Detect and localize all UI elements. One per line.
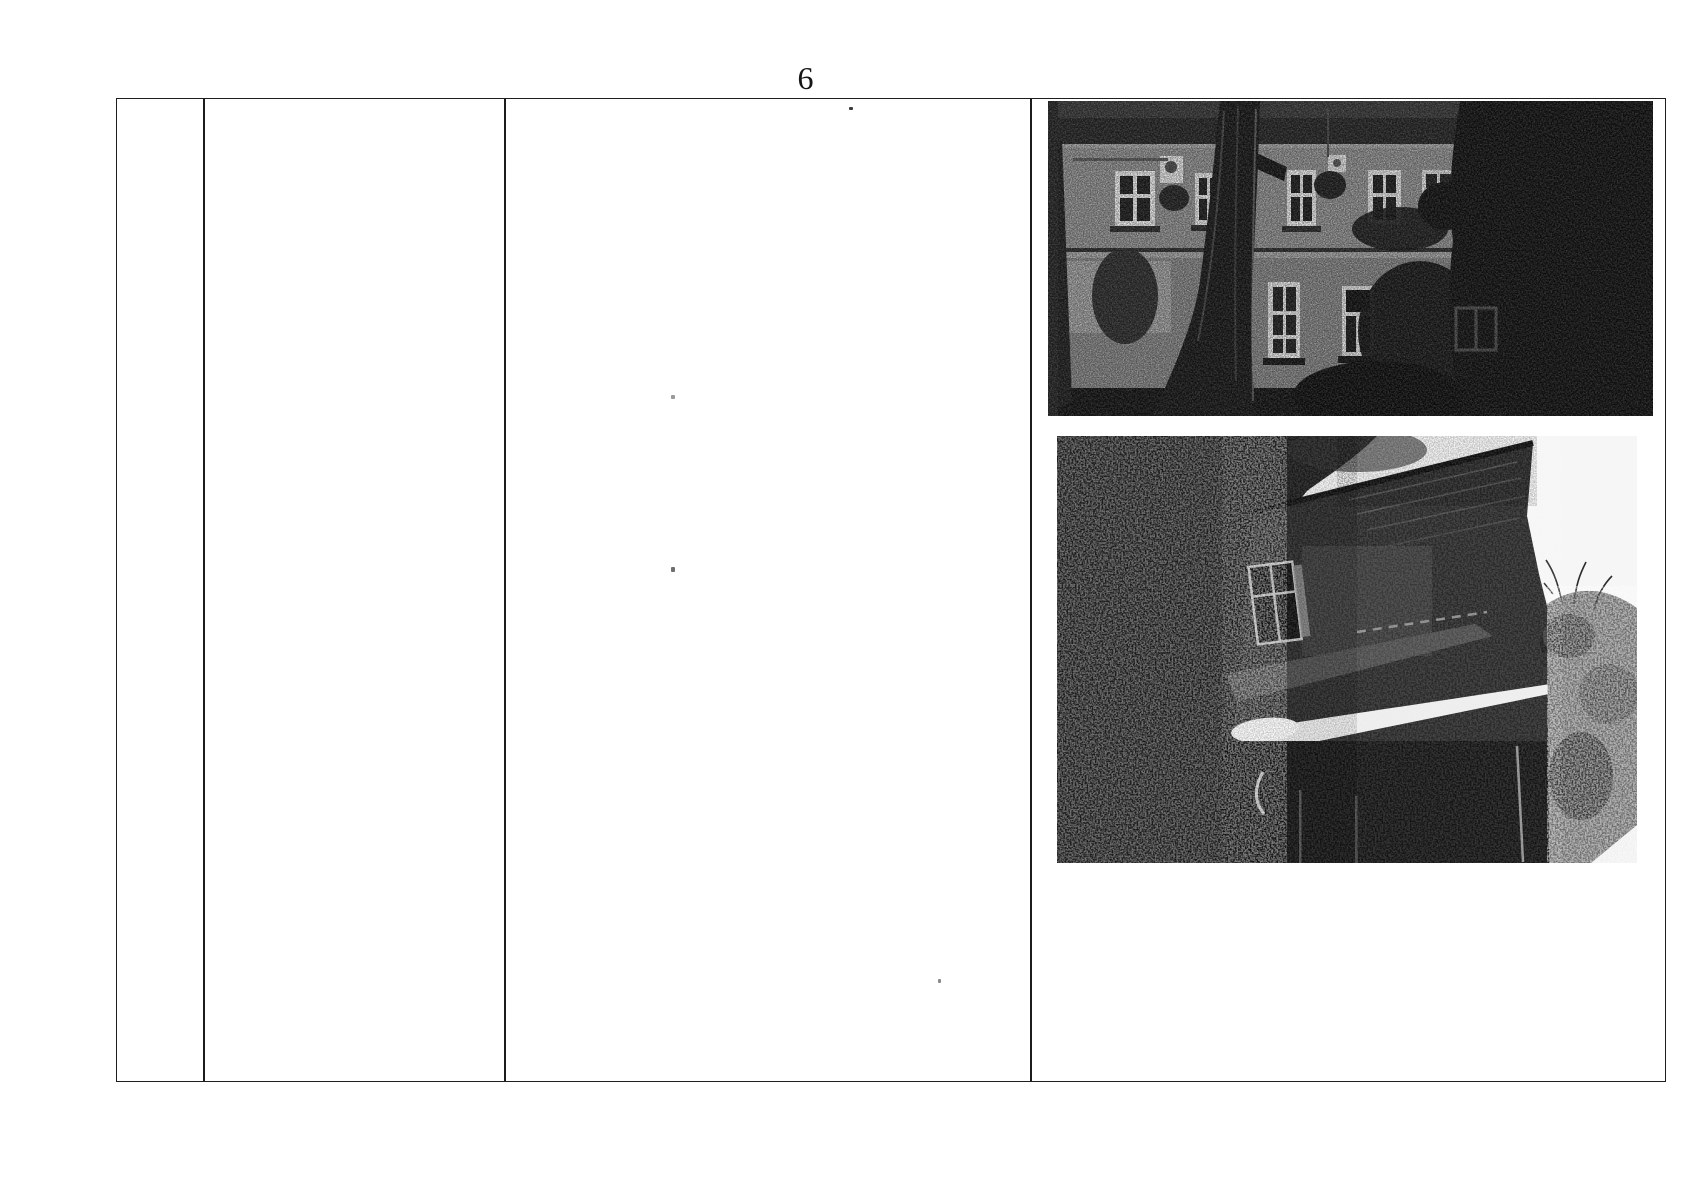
table-column-divider-3	[1030, 99, 1032, 1081]
table-cell-2	[204, 99, 504, 1081]
scanned-document-page: 6	[0, 0, 1697, 1200]
photo-building-facade-image	[1048, 101, 1653, 416]
photo-dilapidated-building	[1057, 436, 1637, 863]
table-column-divider-2	[504, 99, 506, 1081]
page-number: 6	[780, 60, 832, 97]
photo-building-facade	[1048, 101, 1653, 416]
table-column-divider-1	[203, 99, 205, 1081]
table-cell-3	[505, 99, 1030, 1081]
photo-dilapidated-building-image	[1057, 436, 1637, 863]
table-cell-1	[117, 99, 203, 1081]
